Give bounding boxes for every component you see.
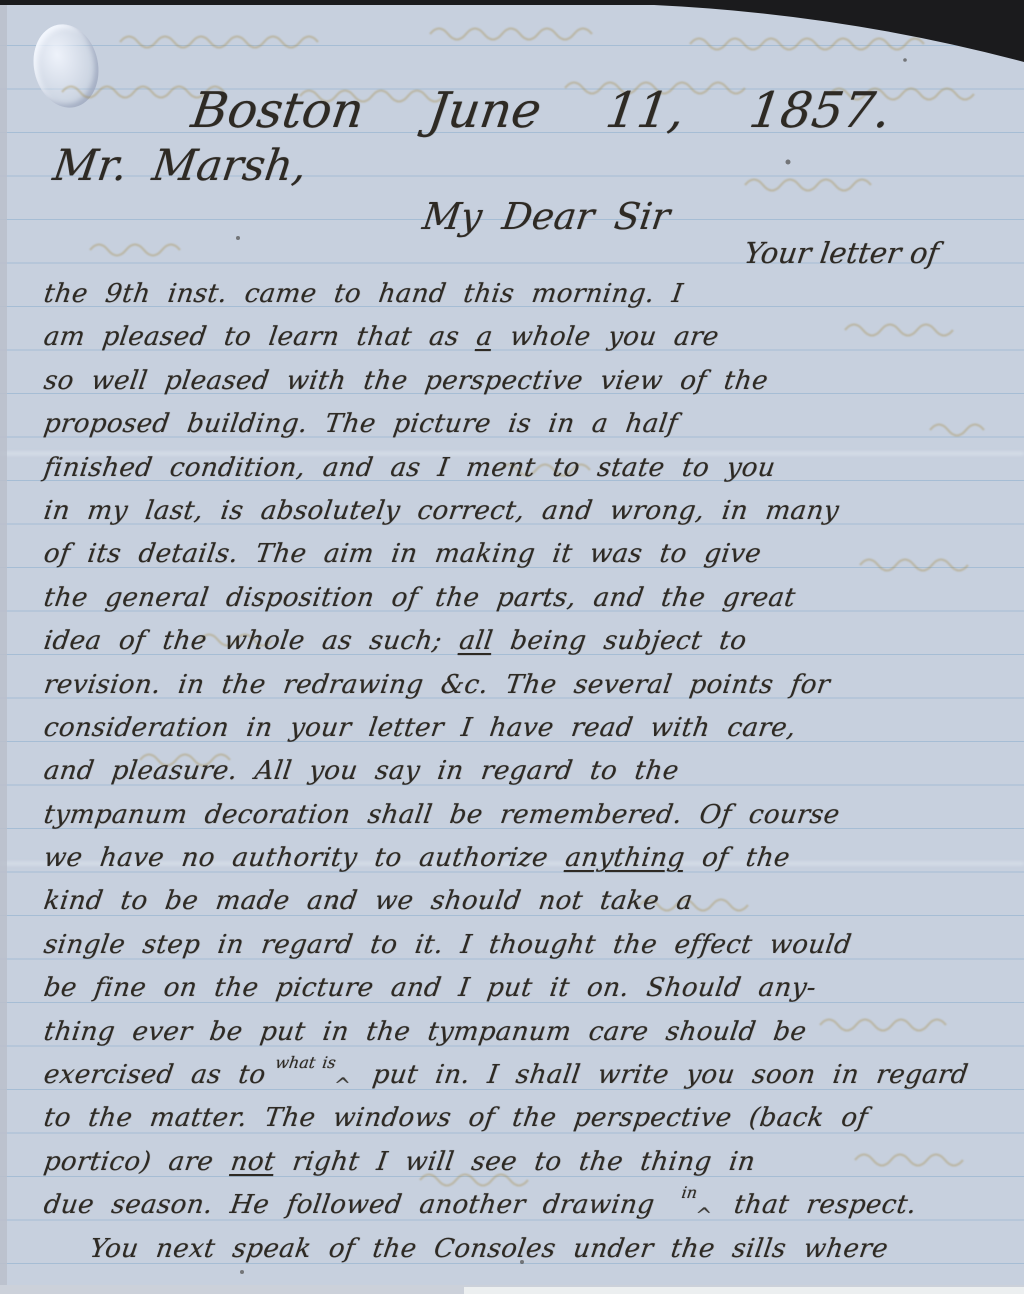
underlined-word: anything xyxy=(563,843,686,873)
line-text: of its details. The aim in making it was… xyxy=(42,539,763,569)
letter-line: be fine on the picture and I put it on. … xyxy=(40,973,1000,1016)
dateline: Boston June 11, 1857. xyxy=(188,82,894,139)
underlined-word: not xyxy=(229,1147,277,1177)
letter-content: Boston June 11, 1857. Mr. Marsh, My Dear… xyxy=(0,0,1024,1294)
letter-line: and pleasure. All you say in regard to t… xyxy=(40,756,1000,799)
line-text: portico) are xyxy=(42,1147,233,1177)
letter-line: You next speak of the Consoles under the… xyxy=(40,1234,1000,1277)
opening-phrase: Your letter of xyxy=(742,236,941,270)
underlined-word: all xyxy=(457,626,495,656)
scan-edge-top xyxy=(0,0,1024,5)
letter-line: in my last, is absolutely correct, and w… xyxy=(40,496,1000,539)
inserted-word-above-line: in xyxy=(680,1183,698,1202)
line-text: You next speak of the Consoles under the… xyxy=(88,1234,890,1264)
line-text: be fine on the picture and I put it on. … xyxy=(42,973,818,1003)
letter-line: finished condition, and as I ment to sta… xyxy=(40,453,1000,496)
line-text: to the matter. The windows of the perspe… xyxy=(42,1103,870,1133)
line-text: put in. I shall write you soon in regard xyxy=(353,1060,970,1090)
letter-line: kind to be made and we should not take a xyxy=(40,886,1000,929)
letter-body: the 9th inst. came to hand this morning.… xyxy=(40,279,994,1277)
line-text: the general disposition of the parts, an… xyxy=(42,583,798,613)
line-text: single step in regard to it. I thought t… xyxy=(42,930,854,960)
letter-line: revision. in the redrawing &c. The sever… xyxy=(40,670,1000,713)
line-text: so well pleased with the perspective vie… xyxy=(42,366,770,396)
letter-line: tympanum decoration shall be remembered.… xyxy=(40,800,1000,843)
line-text: and pleasure. All you say in regard to t… xyxy=(42,756,681,786)
line-text: revision. in the redrawing &c. The sever… xyxy=(42,670,832,700)
line-text: am pleased to learn that as xyxy=(42,322,479,352)
letter-line: we have no authority to authorize anythi… xyxy=(40,843,1000,886)
letter-line: exercised as towhat is^ put in. I shall … xyxy=(40,1060,1000,1103)
line-text: in my last, is absolutely correct, and w… xyxy=(42,496,841,526)
inserted-word-above-line: what is xyxy=(274,1053,337,1072)
caret-mark: ^ xyxy=(693,1203,714,1227)
line-text: the 9th inst. came to hand this morning.… xyxy=(42,279,685,309)
letter-line: thing ever be put in the tympanum care s… xyxy=(40,1017,1000,1060)
letter-line: am pleased to learn that as a whole you … xyxy=(40,322,1000,365)
line-text: of the xyxy=(682,843,791,873)
letter-line: due season. He followed another drawing … xyxy=(40,1190,1000,1233)
line-text: whole you are xyxy=(490,322,720,352)
line-text: consideration in your letter I have read… xyxy=(42,713,798,743)
line-text: kind to be made and we should not take a xyxy=(42,886,695,916)
line-text: thing ever be put in the tympanum care s… xyxy=(42,1017,809,1047)
letter-line: to the matter. The windows of the perspe… xyxy=(40,1103,1000,1146)
line-text: exercised as to xyxy=(42,1060,268,1090)
letter-line: the general disposition of the parts, an… xyxy=(40,583,1000,626)
letter-scan-page: Boston June 11, 1857. Mr. Marsh, My Dear… xyxy=(0,0,1024,1294)
salutation: My Dear Sir xyxy=(420,195,673,238)
letter-line: portico) are not right I will see to the… xyxy=(40,1147,1000,1190)
line-text: we have no authority to authorize xyxy=(42,843,568,873)
letter-line: consideration in your letter I have read… xyxy=(40,713,1000,756)
letter-line: single step in regard to it. I thought t… xyxy=(40,930,1000,973)
line-text: idea of the whole as such; xyxy=(42,626,462,656)
letter-line: of its details. The aim in making it was… xyxy=(40,539,1000,582)
caret-mark: ^ xyxy=(332,1073,353,1097)
letter-line: idea of the whole as such; all being sub… xyxy=(40,626,1000,669)
line-text: right I will see to the thing in xyxy=(273,1147,757,1177)
line-text: proposed building. The picture is in a h… xyxy=(42,409,680,439)
letter-line: so well pleased with the perspective vie… xyxy=(40,366,1000,409)
line-text: tympanum decoration shall be remembered.… xyxy=(42,800,842,830)
line-text: that respect. xyxy=(714,1190,918,1220)
line-text: due season. He followed another drawing xyxy=(42,1190,674,1220)
scan-edge-left xyxy=(0,0,7,1294)
line-text: finished condition, and as I ment to sta… xyxy=(42,453,777,483)
letter-line: the 9th inst. came to hand this morning.… xyxy=(40,279,1000,322)
line-text: being subject to xyxy=(491,626,749,656)
addressee: Mr. Marsh, xyxy=(50,141,310,191)
letter-line: proposed building. The picture is in a h… xyxy=(40,409,1000,452)
scan-edge-bottom-right xyxy=(464,1287,1024,1294)
